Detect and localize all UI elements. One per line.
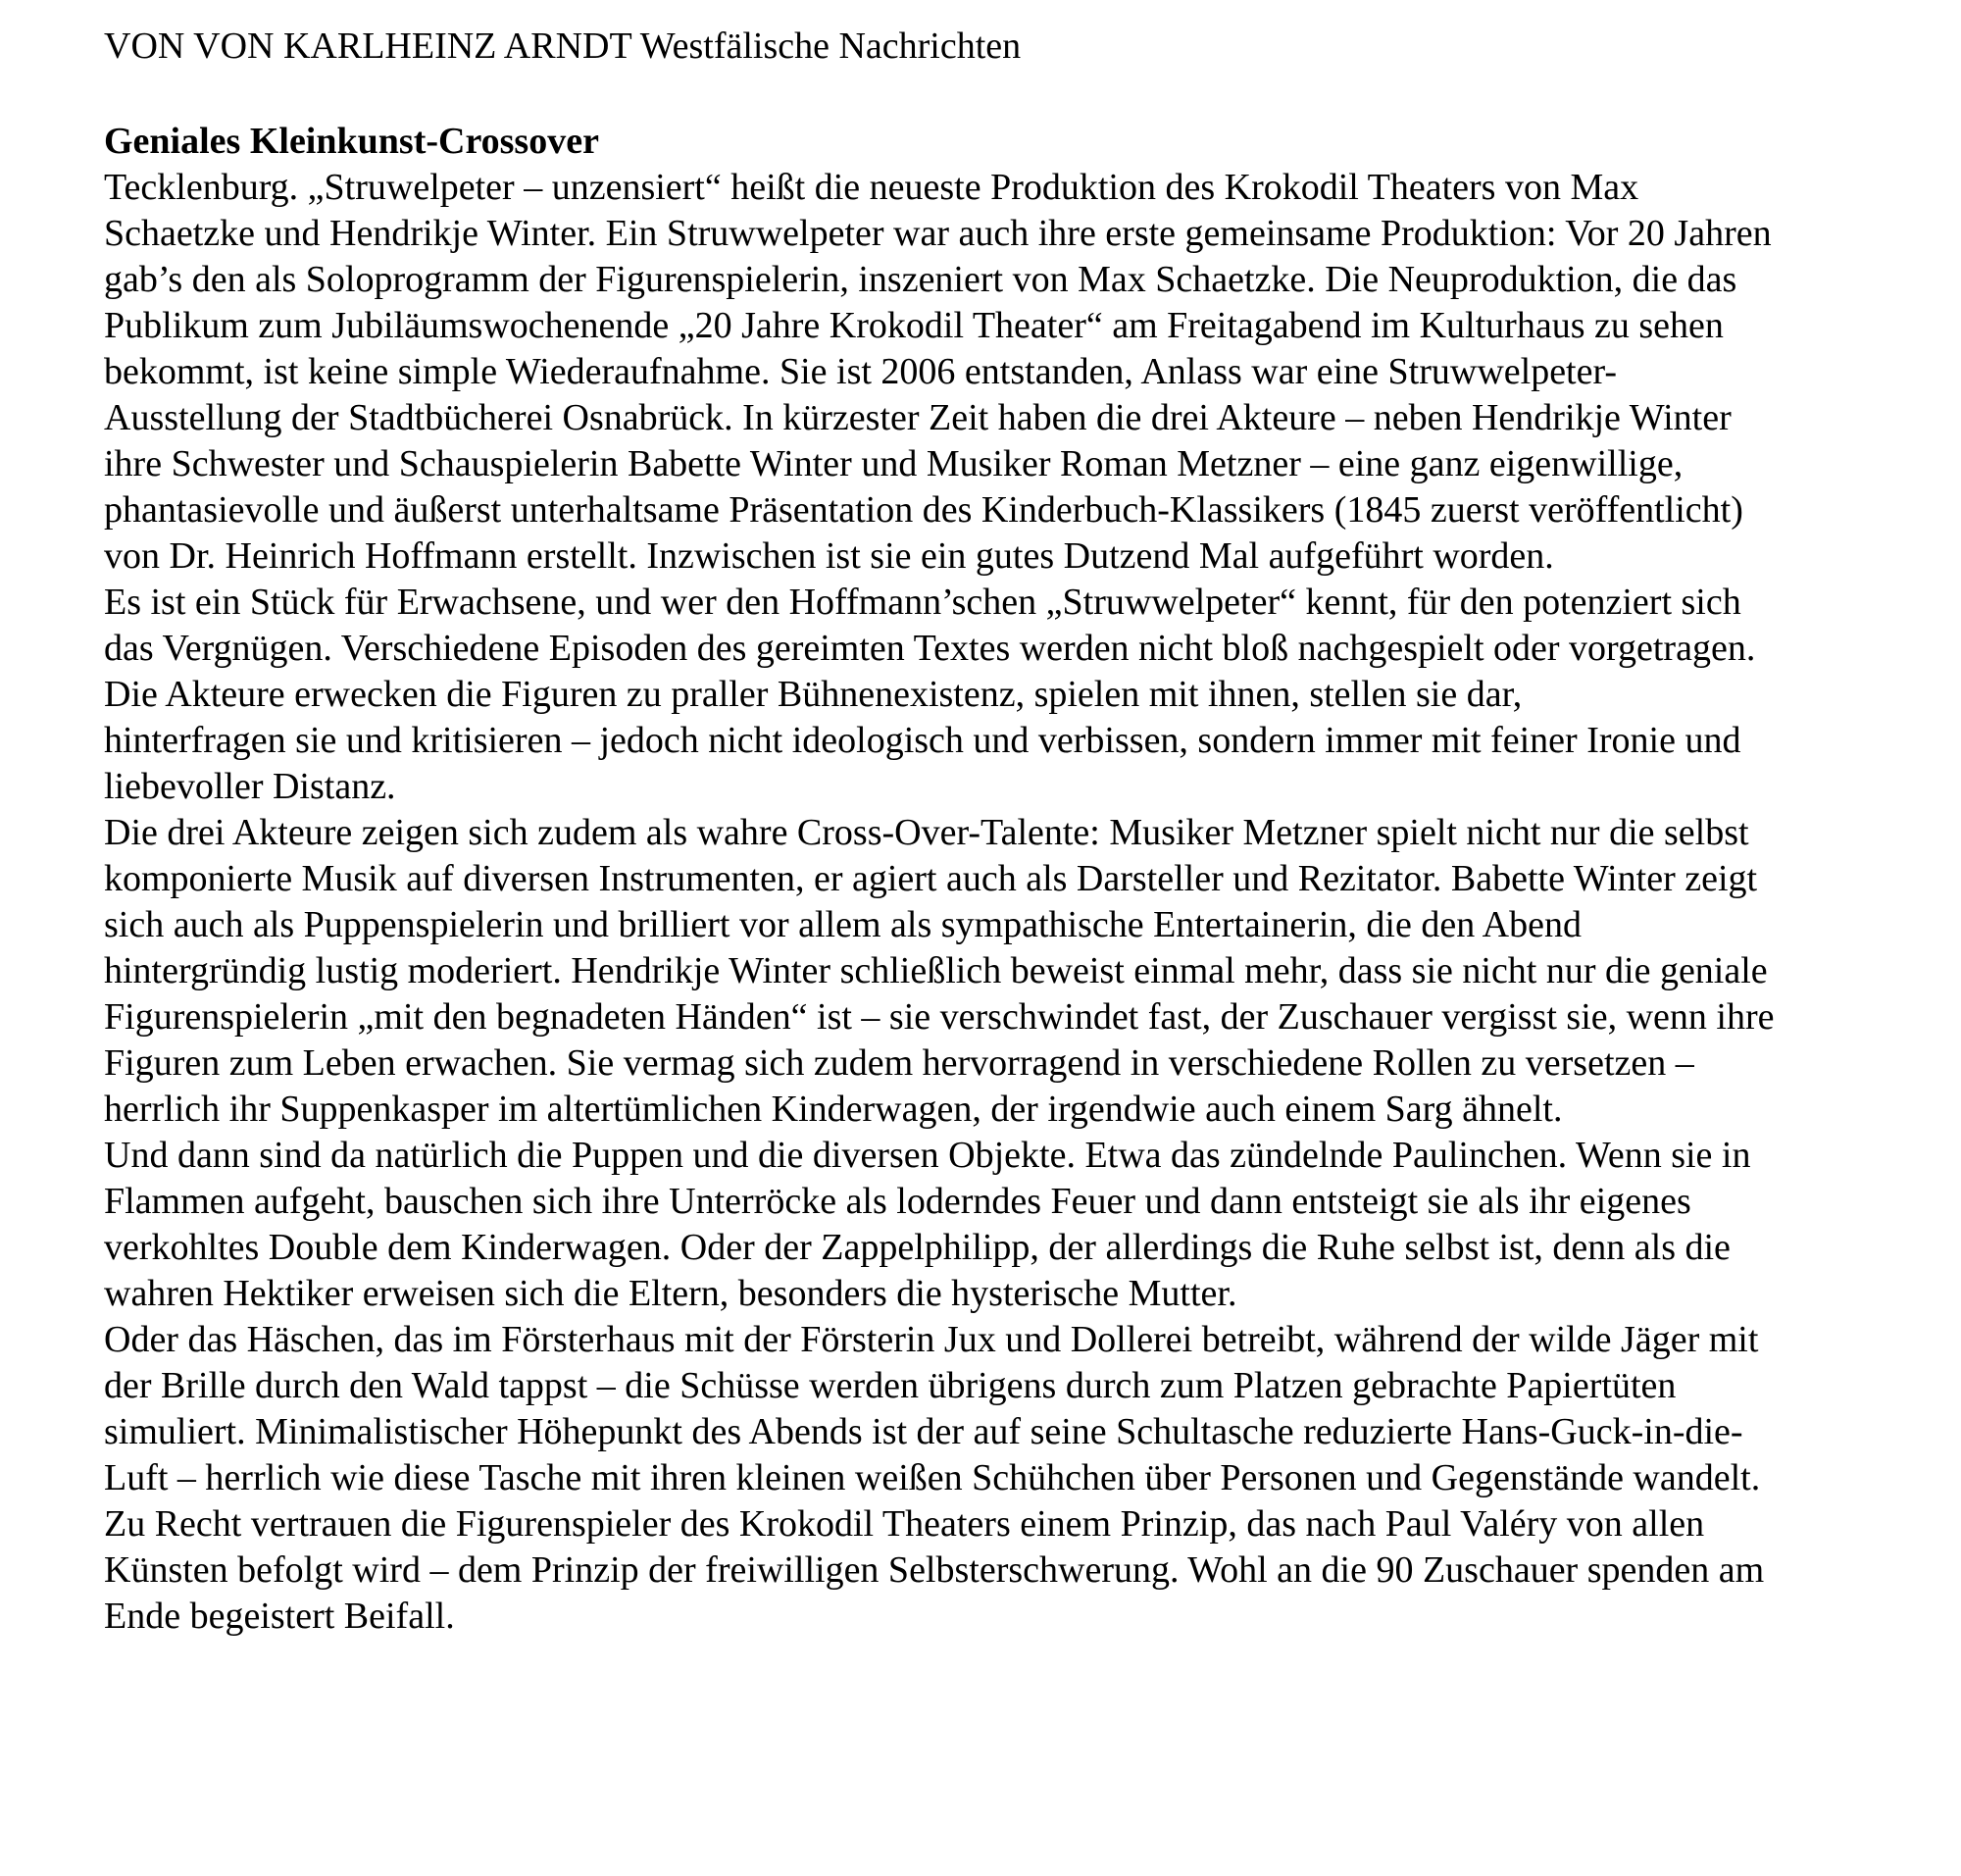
article-body: Tecklenburg. „Struwelpeter – unzensiert“… [104, 165, 1775, 1640]
body-line: Künsten befolgt wird – dem Prinzip der f… [104, 1547, 1775, 1594]
body-line: Publikum zum Jubiläumswochenende „20 Jah… [104, 303, 1775, 349]
body-line: Ausstellung der Stadtbücherei Osnabrück.… [104, 395, 1775, 441]
article-headline: Geniales Kleinkunst-Crossover [104, 119, 599, 165]
body-line: Flammen aufgeht, bauschen sich ihre Unte… [104, 1179, 1775, 1225]
body-line: Schaetzke und Hendrikje Winter. Ein Stru… [104, 211, 1775, 257]
body-line: das Vergnügen. Verschiedene Episoden des… [104, 626, 1775, 672]
body-line: phantasievolle und äußerst unterhaltsame… [104, 487, 1775, 533]
body-line: Figuren zum Leben erwachen. Sie vermag s… [104, 1040, 1775, 1087]
body-line: wahren Hektiker erweisen sich die Eltern… [104, 1271, 1775, 1317]
body-line: Oder das Häschen, das im Försterhaus mit… [104, 1317, 1775, 1363]
body-line: hinterfragen sie und kritisieren – jedoc… [104, 718, 1775, 764]
body-line: sich auch als Puppenspielerin und brilli… [104, 902, 1775, 948]
body-line: von Dr. Heinrich Hoffmann erstellt. Inzw… [104, 533, 1775, 580]
body-line: Tecklenburg. „Struwelpeter – unzensiert“… [104, 165, 1775, 211]
body-line: komponierte Musik auf diversen Instrumen… [104, 856, 1775, 902]
body-line: gab’s den als Soloprogramm der Figurensp… [104, 257, 1775, 303]
body-line: der Brille durch den Wald tappst – die S… [104, 1363, 1775, 1409]
byline: VON VON KARLHEINZ ARNDT Westfälische Nac… [104, 24, 1021, 70]
body-line: Luft – herrlich wie diese Tasche mit ihr… [104, 1455, 1775, 1501]
body-line: Ende begeistert Beifall. [104, 1594, 1775, 1640]
body-line: Figurenspielerin „mit den begnadeten Hän… [104, 994, 1775, 1040]
body-line: ihre Schwester und Schauspielerin Babett… [104, 441, 1775, 487]
body-line: Die drei Akteure zeigen sich zudem als w… [104, 810, 1775, 856]
body-line: bekommt, ist keine simple Wiederaufnahme… [104, 349, 1775, 395]
body-line: liebevoller Distanz. [104, 764, 1775, 810]
body-line: simuliert. Minimalistischer Höhepunkt de… [104, 1409, 1775, 1455]
body-line: hintergründig lustig moderiert. Hendrikj… [104, 948, 1775, 994]
body-line: verkohltes Double dem Kinderwagen. Oder … [104, 1225, 1775, 1271]
body-line: Zu Recht vertrauen die Figurenspieler de… [104, 1501, 1775, 1547]
body-line: Und dann sind da natürlich die Puppen un… [104, 1133, 1775, 1179]
body-line: Die Akteure erwecken die Figuren zu pral… [104, 672, 1775, 718]
body-line: herrlich ihr Suppenkasper im altertümlic… [104, 1087, 1775, 1133]
body-line: Es ist ein Stück für Erwachsene, und wer… [104, 580, 1775, 626]
